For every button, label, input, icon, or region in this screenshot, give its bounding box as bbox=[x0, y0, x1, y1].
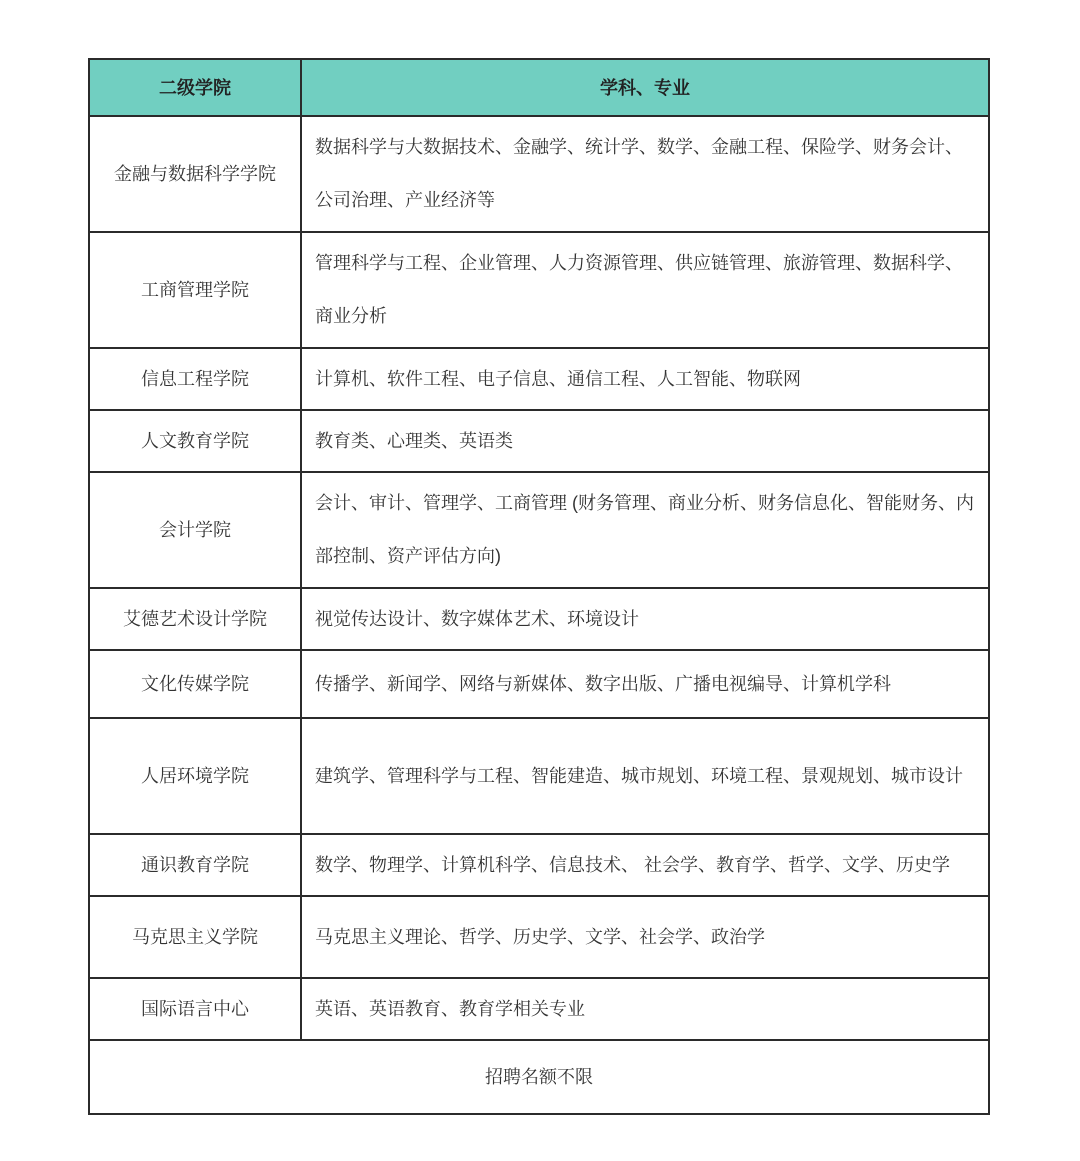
table-row: 国际语言中心 英语、英语教育、教育学相关专业 bbox=[89, 978, 989, 1040]
college-cell: 马克思主义学院 bbox=[89, 896, 301, 978]
majors-cell: 数学、物理学、计算机科学、信息技术、 社会学、教育学、哲学、文学、历史学 bbox=[301, 834, 989, 896]
header-row: 二级学院 学科、专业 bbox=[89, 59, 989, 116]
college-cell: 工商管理学院 bbox=[89, 232, 301, 348]
table-row: 艾德艺术设计学院 视觉传达设计、数字媒体艺术、环境设计 bbox=[89, 588, 989, 650]
table-row: 文化传媒学院 传播学、新闻学、网络与新媒体、数字出版、广播电视编导、计算机学科 bbox=[89, 650, 989, 718]
majors-cell: 教育类、心理类、英语类 bbox=[301, 410, 989, 472]
college-majors-table: 二级学院 学科、专业 金融与数据科学学院 数据科学与大数据技术、金融学、统计学、… bbox=[88, 58, 990, 1115]
college-cell: 金融与数据科学学院 bbox=[89, 116, 301, 232]
table-row: 金融与数据科学学院 数据科学与大数据技术、金融学、统计学、数学、金融工程、保险学… bbox=[89, 116, 989, 232]
college-cell: 通识教育学院 bbox=[89, 834, 301, 896]
college-cell: 艾德艺术设计学院 bbox=[89, 588, 301, 650]
college-cell: 国际语言中心 bbox=[89, 978, 301, 1040]
college-cell: 人文教育学院 bbox=[89, 410, 301, 472]
college-cell: 文化传媒学院 bbox=[89, 650, 301, 718]
majors-cell: 建筑学、管理科学与工程、智能建造、城市规划、环境工程、景观规划、城市设计 bbox=[301, 718, 989, 834]
college-cell: 人居环境学院 bbox=[89, 718, 301, 834]
table-row: 信息工程学院 计算机、软件工程、电子信息、通信工程、人工智能、物联网 bbox=[89, 348, 989, 410]
footer-row: 招聘名额不限 bbox=[89, 1040, 989, 1114]
footer-cell: 招聘名额不限 bbox=[89, 1040, 989, 1114]
table-row: 通识教育学院 数学、物理学、计算机科学、信息技术、 社会学、教育学、哲学、文学、… bbox=[89, 834, 989, 896]
majors-cell: 英语、英语教育、教育学相关专业 bbox=[301, 978, 989, 1040]
table-row: 人居环境学院 建筑学、管理科学与工程、智能建造、城市规划、环境工程、景观规划、城… bbox=[89, 718, 989, 834]
majors-cell: 视觉传达设计、数字媒体艺术、环境设计 bbox=[301, 588, 989, 650]
majors-cell: 会计、审计、管理学、工商管理 (财务管理、商业分析、财务信息化、智能财务、内部控… bbox=[301, 472, 989, 588]
majors-cell: 数据科学与大数据技术、金融学、统计学、数学、金融工程、保险学、财务会计、公司治理… bbox=[301, 116, 989, 232]
header-cell-majors: 学科、专业 bbox=[301, 59, 989, 116]
header-cell-college: 二级学院 bbox=[89, 59, 301, 116]
table-row: 会计学院 会计、审计、管理学、工商管理 (财务管理、商业分析、财务信息化、智能财… bbox=[89, 472, 989, 588]
table-row: 马克思主义学院 马克思主义理论、哲学、历史学、文学、社会学、政治学 bbox=[89, 896, 989, 978]
college-cell: 信息工程学院 bbox=[89, 348, 301, 410]
majors-cell: 马克思主义理论、哲学、历史学、文学、社会学、政治学 bbox=[301, 896, 989, 978]
majors-cell: 计算机、软件工程、电子信息、通信工程、人工智能、物联网 bbox=[301, 348, 989, 410]
table-row: 工商管理学院 管理科学与工程、企业管理、人力资源管理、供应链管理、旅游管理、数据… bbox=[89, 232, 989, 348]
majors-cell: 管理科学与工程、企业管理、人力资源管理、供应链管理、旅游管理、数据科学、商业分析 bbox=[301, 232, 989, 348]
page: 二级学院 学科、专业 金融与数据科学学院 数据科学与大数据技术、金融学、统计学、… bbox=[0, 0, 1080, 1161]
table-row: 人文教育学院 教育类、心理类、英语类 bbox=[89, 410, 989, 472]
majors-cell: 传播学、新闻学、网络与新媒体、数字出版、广播电视编导、计算机学科 bbox=[301, 650, 989, 718]
college-cell: 会计学院 bbox=[89, 472, 301, 588]
